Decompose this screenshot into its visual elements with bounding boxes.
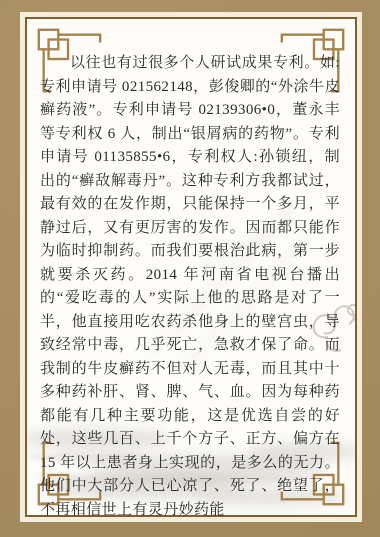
paragraph-text: 以往也有过很多个人研试成果专利。如:专利申请号 021562148，彭俊卿的“外… <box>40 52 340 522</box>
document-page: 以往也有过很多个人研试成果专利。如:专利申请号 021562148，彭俊卿的“外… <box>25 17 357 517</box>
